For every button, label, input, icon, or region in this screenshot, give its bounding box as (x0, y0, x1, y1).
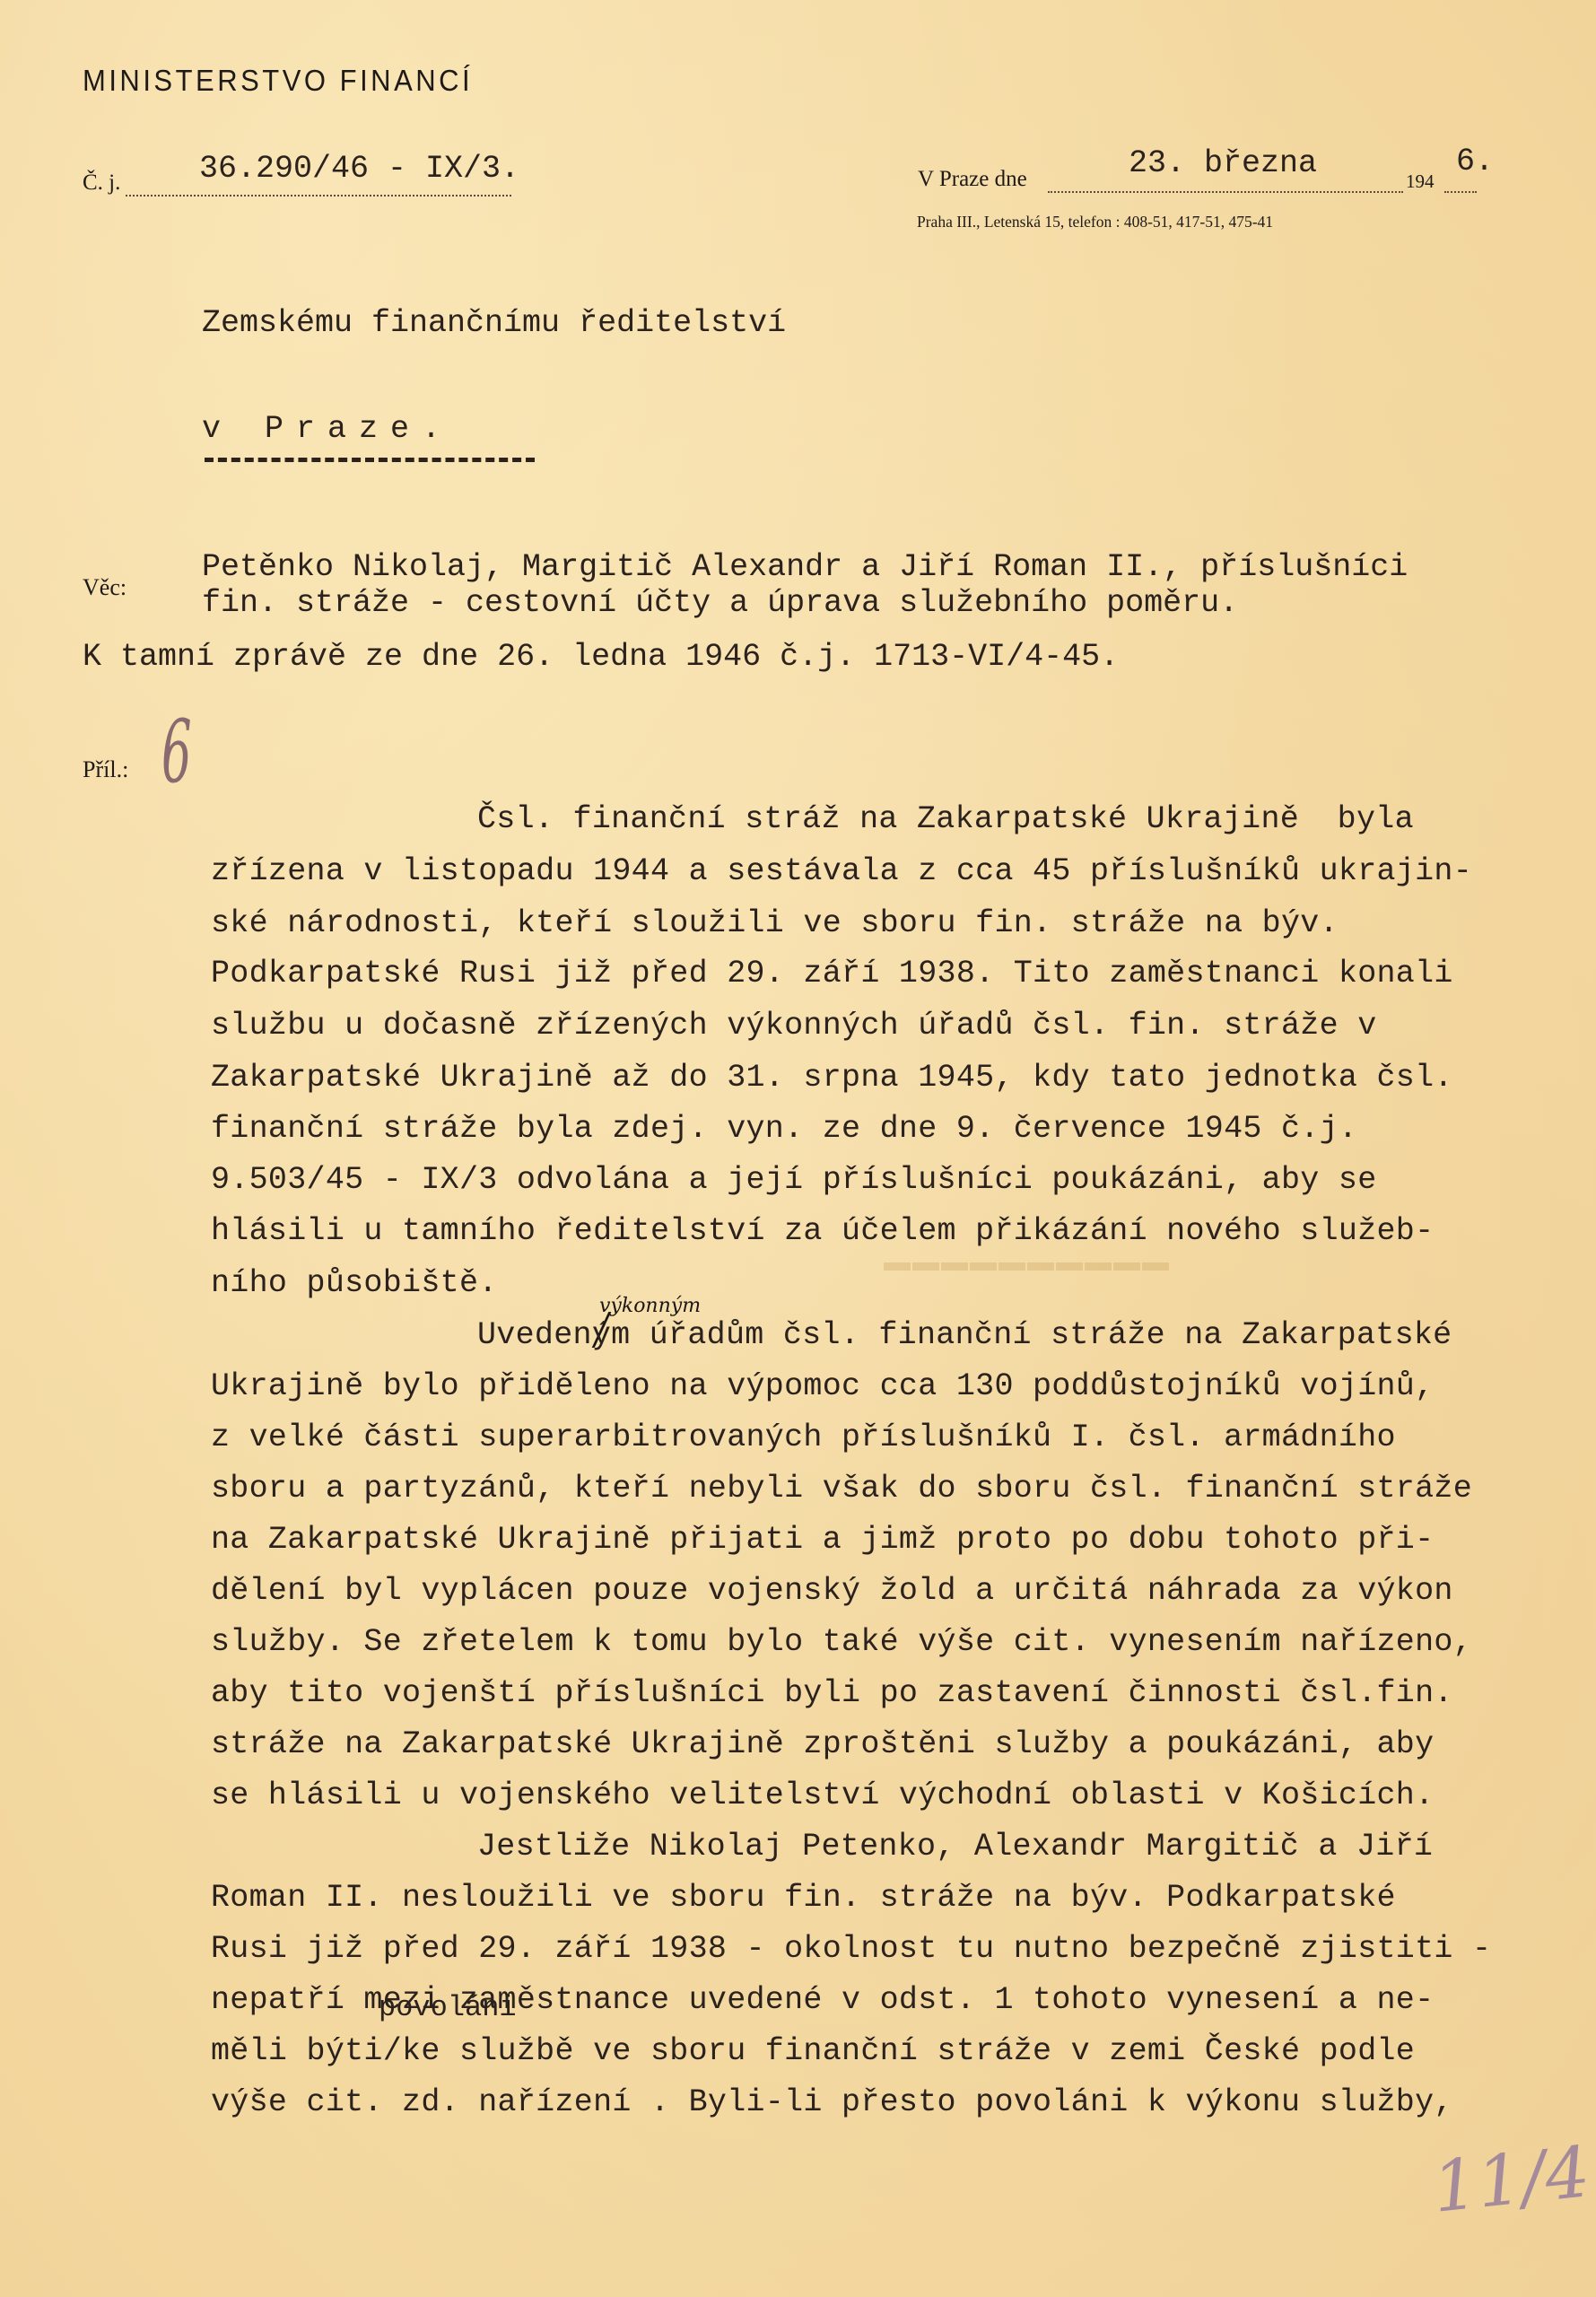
body-line: Uvedeným úřadům čsl. finanční stráže na … (477, 1317, 1452, 1353)
reference-label: Č. j. (83, 170, 120, 196)
ministry-header: MINISTERSTVO FINANCÍ (83, 64, 473, 99)
body-line: aby tito vojenští příslušníci byli po za… (211, 1675, 1453, 1711)
body-line: sboru a partyzánů, kteří nebyli však do … (211, 1471, 1472, 1507)
body-line: služby. Se zřetelem k tomu bylo také výš… (211, 1624, 1472, 1660)
typed-insertion: povoláni (379, 1991, 517, 2024)
body-line: Jestliže Nikolaj Petenko, Alexandr Margi… (477, 1829, 1433, 1865)
body-line: službu u dočasně zřízených výkonných úřa… (211, 1008, 1377, 1044)
body-line: na Zakarpatské Ukrajině přijati a jimž p… (211, 1522, 1434, 1558)
body-line: finanční stráže byla zdej. vyn. ze dne 9… (211, 1111, 1357, 1147)
body-line: Čsl. finanční stráž na Zakarpatské Ukraj… (477, 801, 1414, 837)
addressee-city: v Praze. (202, 411, 453, 447)
year-suffix: 6. (1456, 144, 1494, 179)
reference-line: K tamní zprávě ze dne 26. ledna 1946 č.j… (83, 639, 1119, 675)
year-prefix: 194 (1406, 170, 1435, 193)
body-line: výše cit. zd. nařízení . Byli-li přesto … (211, 2084, 1453, 2120)
date-dotted-line (1048, 191, 1403, 193)
body-line: Zakarpatské Ukrajině až do 31. srpna 194… (211, 1060, 1453, 1096)
subject-line: Petěnko Nikolaj, Margitič Alexandr a Jiř… (202, 549, 1408, 585)
body-line: se hlásili u vojenského velitelství vých… (211, 1777, 1434, 1813)
addressee-name: Zemskému finančnímu ředitelství (202, 305, 786, 341)
pencil-annotation: 11/4 (1429, 2132, 1594, 2229)
body-line: Roman II. nesloužili ve sboru fin. stráž… (211, 1880, 1396, 1916)
handwritten-attachment-count: 6 (161, 702, 192, 802)
date-value: 23. března (1129, 145, 1317, 181)
body-line: Podkarpatské Rusi již před 29. září 1938… (211, 956, 1453, 991)
city-underline (205, 458, 535, 462)
body-line: 9.503/45 - IX/3 odvolána a její příslušn… (211, 1162, 1377, 1198)
year-dotted-line (1444, 191, 1477, 193)
ministry-address: Praha III., Letenská 15, telefon : 408-5… (917, 213, 1273, 231)
body-line: zřízena v listopadu 1944 a sestávala z c… (211, 853, 1472, 889)
body-line: Rusi již před 29. září 1938 - okolnost t… (211, 1931, 1491, 1967)
bleed-through-stamp: ▬▬▬▬▬▬▬▬▬▬ (884, 1247, 1171, 1278)
body-line: dělení byl vyplácen pouze vojenský žold … (211, 1573, 1453, 1609)
body-line: z velké části superarbitrovaných přísluš… (211, 1419, 1396, 1455)
body-line: Ukrajině bylo přiděleno na výpomoc cca 1… (211, 1368, 1434, 1404)
reference-dotted-line (126, 195, 511, 197)
body-line: stráže na Zakarpatské Ukrajině zproštěni… (211, 1726, 1434, 1762)
body-line: ské národnosti, kteří sloužili ve sboru … (211, 905, 1339, 941)
subject-line: fin. stráže - cestovní účty a úprava slu… (202, 585, 1238, 621)
handwritten-insertion: výkonným (599, 1295, 701, 1317)
date-label: V Praze dne (918, 167, 1027, 192)
reference-number: 36.290/46 - IX/3. (199, 151, 519, 187)
attachments-label: Příl.: (83, 756, 128, 783)
body-line: ního působiště. (211, 1265, 498, 1301)
body-line: měli býti/ke službě ve sboru finanční st… (211, 2033, 1415, 2069)
subject-label: Věc: (83, 574, 126, 601)
body-line: hlásili u tamního ředitelství za účelem … (211, 1213, 1434, 1249)
